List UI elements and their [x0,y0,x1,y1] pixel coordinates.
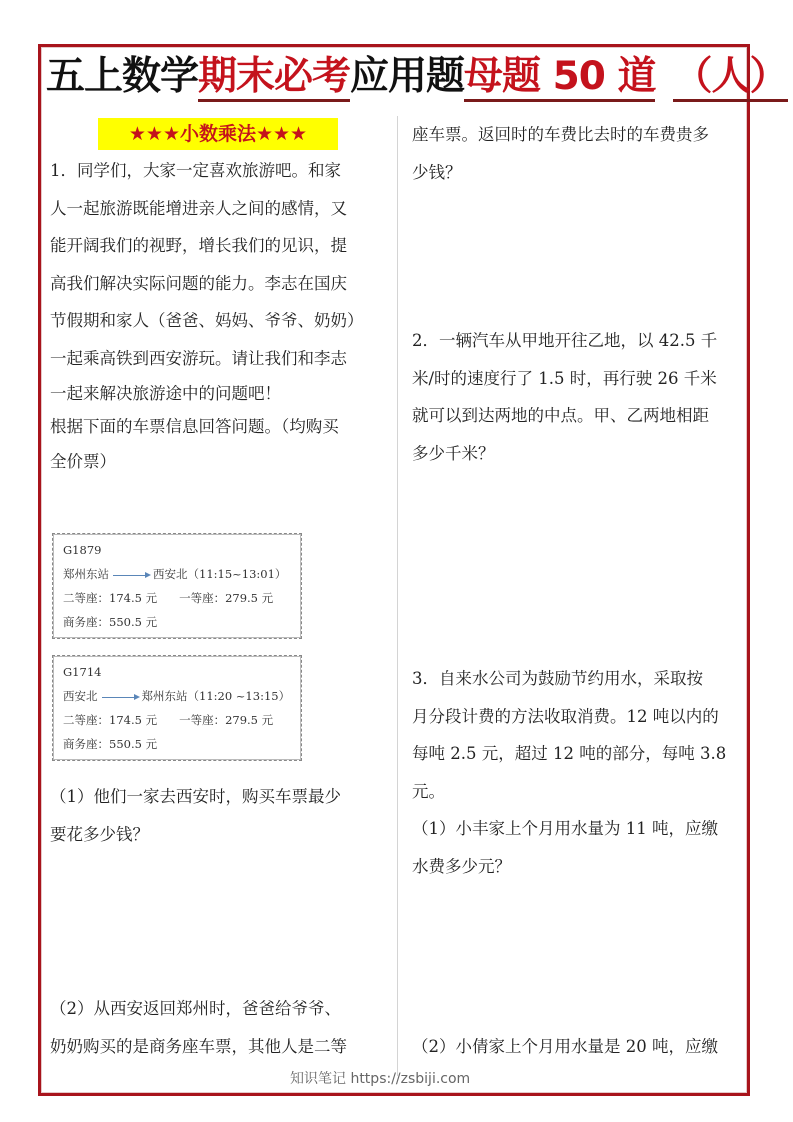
text-line: （2）从西安返回郑州时，爸爸给爷爷、 [50,990,386,1028]
text-line: 2．一辆汽车从甲地开往乙地，以 42.5 千 [412,322,747,360]
text-line: 一起来解决旅游途中的问题吧！ [50,377,386,410]
question-1: 1．同学们，大家一定喜欢旅游吧。和家 人一起旅游既能增进亲人之间的感情，又 能开… [50,152,386,481]
text-line: 人一起旅游既能增进亲人之间的感情，又 [50,190,386,228]
text-line: （1）他们一家去西安时，购买车票最少 [50,778,386,816]
prices: 二等座：174.5 元一等座：279.5 元 [63,586,291,610]
text-line: 就可以到达两地的中点。甲、乙两地相距 [412,397,747,435]
text-line: 多少千米？ [412,435,747,473]
title-part-2: 期末必考 [198,54,350,102]
left-column: ★★★小数乘法★★★ 1．同学们，大家一定喜欢旅游吧。和家 人一起旅游既能增进亲… [50,116,386,481]
right-column: 座车票。返回时的车费比去时的车费贵多 少钱？ [412,116,747,191]
title-part-5: （人） [673,54,787,102]
column-divider [397,116,398,1076]
text-line: 要花多少钱？ [50,816,386,854]
arrow-right-icon [113,575,149,576]
first-class-price: 一等座：279.5 元 [179,713,273,727]
text-line: 根据下面的车票信息回答问题。（均购买 [50,410,386,443]
text-line: 元。 [412,773,747,811]
watermark: 知识笔记 https://zsbiji.com [290,1068,470,1088]
ticket-card-1: G1879 郑州东站西安北（11:15~13:01） 二等座：174.5 元一等… [52,533,302,639]
text-line: 高我们解决实际问题的能力。李志在国庆 [50,265,386,303]
route: 郑州东站西安北（11:15~13:01） [63,562,291,586]
business-price: 商务座：550.5 元 [63,610,291,634]
train-number: G1879 [63,538,291,562]
question-3-sub-2: （2）小倩家上个月用水量是 20 吨，应缴 [412,1028,747,1066]
text-line: 奶奶购买的是商务座车票，其他人是二等 [50,1028,386,1066]
text-line: 3．自来水公司为鼓励节约用水，采取按 [412,660,747,698]
to-station: 郑州东站（11:20 ~13:15） [142,689,291,703]
text-line: 水费多少元？ [412,848,747,886]
text-line: 全价票） [50,443,386,481]
title-part-1: 五上数学 [46,54,198,99]
left-subquestions: （1）他们一家去西安时，购买车票最少 要花多少钱？ [50,778,386,853]
question-2: 2．一辆汽车从甲地开往乙地，以 42.5 千 米/时的速度行了 1.5 时，再行… [412,322,747,472]
title-part-3: 应用题 [350,54,464,99]
text-line: 1．同学们，大家一定喜欢旅游吧。和家 [50,152,386,190]
first-class-price: 一等座：279.5 元 [179,591,273,605]
text-line: 月分段计费的方法收取消费。12 吨以内的 [412,698,747,736]
text-line: 座车票。返回时的车费比去时的车费贵多 [412,116,747,154]
text-line: 能开阔我们的视野，增长我们的见识，提 [50,227,386,265]
second-class-price: 二等座：174.5 元 [63,713,157,727]
text-line: 节假期和家人（爸爸、妈妈、爷爷、奶奶） [50,302,386,340]
text-line: 一起乘高铁到西安游玩。请让我们和李志 [50,340,386,378]
text-line: 少钱？ [412,154,747,192]
prices: 二等座：174.5 元一等座：279.5 元 [63,708,291,732]
left-subquestion-2: （2）从西安返回郑州时，爸爸给爷爷、 奶奶购买的是商务座车票，其他人是二等 [50,990,386,1065]
train-number: G1714 [63,660,291,684]
route: 西安北郑州东站（11:20 ~13:15） [63,684,291,708]
second-class-price: 二等座：174.5 元 [63,591,157,605]
page-title: 五上数学期末必考应用题母题 50 道（人） [46,52,746,104]
from-station: 西安北 [63,689,98,703]
question-3: 3．自来水公司为鼓励节约用水，采取按 月分段计费的方法收取消费。12 吨以内的 … [412,660,747,885]
title-part-4: 母题 50 道 [464,54,655,102]
to-station: 西安北（11:15~13:01） [153,567,286,581]
text-line: 每吨 2.5 元，超过 12 吨的部分，每吨 3.8 [412,735,747,773]
arrow-right-icon [102,697,138,698]
ticket-card-2: G1714 西安北郑州东站（11:20 ~13:15） 二等座：174.5 元一… [52,655,302,761]
text-line: （2）小倩家上个月用水量是 20 吨，应缴 [412,1028,747,1066]
from-station: 郑州东站 [63,567,109,581]
business-price: 商务座：550.5 元 [63,732,291,756]
text-line: （1）小丰家上个月用水量为 11 吨，应缴 [412,810,747,848]
section-header: ★★★小数乘法★★★ [98,118,338,150]
text-line: 米/时的速度行了 1.5 时，再行驶 26 千米 [412,360,747,398]
